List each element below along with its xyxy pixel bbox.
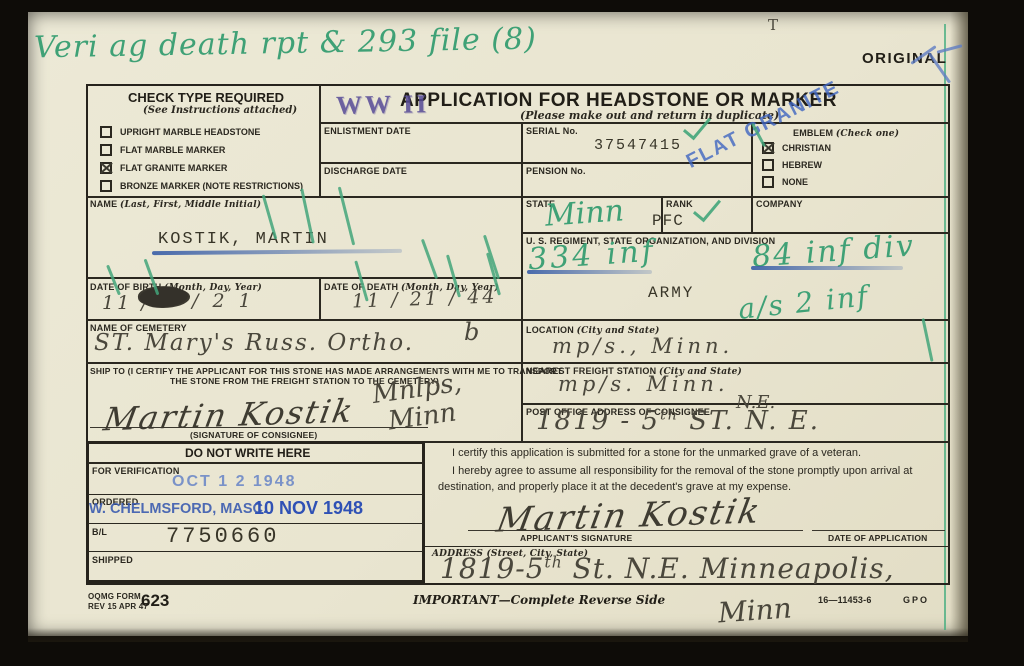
blue-pencil-underline [751, 266, 903, 270]
checkbox-label: UPRIGHT MARBLE HEADSTONE [120, 127, 260, 137]
po-address-above-note: N.E. [736, 392, 775, 413]
emblem-note: (Check one) [836, 129, 899, 139]
checkbox-icon [762, 176, 774, 188]
serial-no-value: 37547415 [594, 137, 682, 154]
form-line [521, 122, 523, 441]
freight-station-value: mp/s. Minn. [558, 372, 729, 396]
name-note: (Last, First, Middle Initial) [120, 200, 261, 210]
ordered-date-stamp: 10 NOV 1948 [254, 498, 363, 519]
cemetery-value: ST. Mary's Russ. Ortho. [94, 330, 414, 356]
regiment-value-3: ARMY [648, 284, 694, 302]
certification-text: I certify this application is submitted … [438, 446, 946, 498]
form-line [88, 462, 423, 464]
form-line [425, 546, 950, 547]
ship-to-label-line1: SHIP TO (I CERTIFY THE APPLICANT FOR THI… [90, 366, 562, 376]
name-label-text: NAME [90, 199, 117, 209]
paper-edge-shadow [950, 12, 968, 636]
bl-value: 7750660 [166, 524, 279, 549]
certification-line1: I certify this application is submitted … [438, 446, 946, 462]
form-line [86, 362, 950, 364]
form-line [319, 277, 321, 319]
print-code: 16—11453-6 [818, 595, 872, 605]
dob-value-right: / 2 1 [192, 290, 255, 312]
address-main: 1819-5 [440, 552, 545, 585]
check-type-title: CHECK TYPE REQUIRED [128, 90, 284, 105]
consignee-signature-label: (SIGNATURE OF CONSIGNEE) [190, 430, 317, 440]
emblem-label-text: EMBLEM [793, 128, 833, 138]
form-subtitle: (Please make out and return in duplicate… [520, 109, 779, 122]
rank-label: RANK [666, 199, 693, 209]
checkbox-hebrew: HEBREW [762, 159, 822, 171]
form-revision: REV 15 APR 47 [88, 602, 148, 611]
name-value: KOSTIK, MARTIN [158, 230, 329, 249]
po-address-value: 1819 - 5th ST. N. E. [536, 406, 820, 436]
checkbox-icon [100, 180, 112, 192]
checkbox-flat-marble-marker: FLAT MARBLE MARKER [100, 144, 225, 156]
address-value-line2: Minn [717, 591, 793, 629]
bl-label: B/L [92, 527, 107, 537]
discharge-date-label: DISCHARGE DATE [324, 166, 407, 176]
form-line [319, 84, 321, 196]
checkbox-none: NONE [762, 176, 808, 188]
pencil-t-mark: T [768, 16, 778, 34]
checkbox-label: FLAT GRANITE MARKER [120, 163, 227, 173]
cemetery-extra-mark: b [464, 318, 479, 346]
ordered-place-stamp: W. CHELMSFORD, MASC. [89, 501, 267, 517]
form-line [319, 162, 751, 164]
signature-line [90, 427, 428, 428]
state-value: Minn [544, 193, 625, 233]
checkbox-bronze-marker: BRONZE MARKER (NOTE RESTRICTIONS) [100, 180, 303, 192]
checkbox-label: BRONZE MARKER (NOTE RESTRICTIONS) [120, 181, 303, 191]
form-line [88, 551, 423, 552]
date-line [812, 530, 945, 531]
blue-pencil-underline [527, 270, 652, 274]
location-value: mp/s., Minn. [552, 334, 733, 358]
address-value: 1819-5th St. N.E. Minneapolis, [440, 552, 895, 585]
signature-line [468, 530, 803, 531]
pension-no-label: PENSION No. [526, 166, 586, 176]
scanned-document-photo: { "page": { "top_note": "Veri ag death r… [0, 0, 1024, 666]
form-line [319, 122, 950, 124]
shipped-label: SHIPPED [92, 555, 133, 565]
address-sup: th [545, 554, 563, 572]
check-type-subtitle: (See Instructions attached) [143, 105, 297, 116]
checkbox-icon [100, 144, 112, 156]
serial-no-label: SERIAL No. [526, 126, 578, 136]
checkbox-christian: CHRISTIAN [762, 142, 831, 154]
checkbox-label: CHRISTIAN [782, 143, 831, 153]
emblem-label: EMBLEM (Check one) [793, 128, 899, 139]
checkbox-icon [100, 162, 112, 174]
checkbox-label: HEBREW [782, 160, 822, 170]
verification-date-stamp: OCT 1 2 1948 [172, 473, 297, 491]
date-of-application-label: DATE OF APPLICATION [828, 533, 928, 543]
po-address-main: 1819 - 5 [536, 406, 660, 436]
checkbox-flat-granite-marker: FLAT GRANITE MARKER [100, 162, 227, 174]
checkbox-label: FLAT MARBLE MARKER [120, 145, 225, 155]
name-label: NAME (Last, First, Middle Initial) [90, 199, 261, 210]
address-rest: St. N.E. Minneapolis, [563, 552, 895, 585]
ww2-stamp: WW II [336, 89, 430, 121]
company-label: COMPANY [756, 199, 803, 209]
important-note: IMPORTANT—Complete Reverse Side [413, 593, 665, 607]
form-line [88, 494, 423, 495]
po-address-sup: th [660, 407, 679, 423]
form-name: OQMG FORM [88, 592, 141, 601]
gpo-label: GPO [903, 595, 929, 605]
form-line [86, 196, 950, 198]
form-number-block: OQMG FORMREV 15 APR 47 [88, 592, 148, 611]
rank-value: PFC [652, 212, 684, 230]
paper-edge-shadow-bottom [28, 628, 968, 642]
checkbox-icon [762, 159, 774, 171]
applicant-signature-label: APPLICANT'S SIGNATURE [520, 533, 632, 543]
for-verification-label: FOR VERIFICATION [92, 466, 180, 476]
checkbox-label: NONE [782, 177, 808, 187]
enlistment-date-label: ENLISTMENT DATE [324, 126, 411, 136]
checkbox-upright-marble-headstone: UPRIGHT MARBLE HEADSTONE [100, 126, 260, 138]
checkbox-icon [100, 126, 112, 138]
form-line [86, 319, 950, 321]
do-not-write-title: DO NOT WRITE HERE [185, 446, 310, 460]
form-number: 623 [141, 591, 169, 611]
certification-line2: I hereby agree to assume all responsibil… [438, 464, 946, 496]
